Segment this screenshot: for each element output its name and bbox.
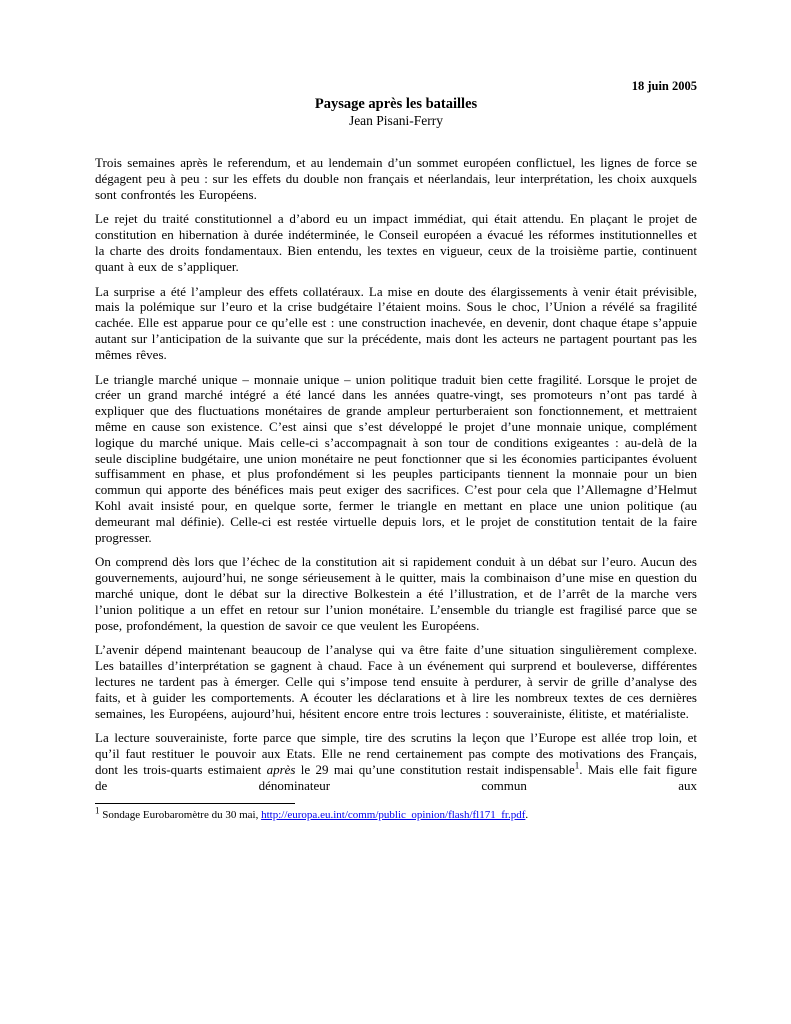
document-title: Paysage après les batailles (95, 96, 697, 113)
footnote-separator-rule (95, 803, 295, 804)
paragraph-lecture-souverainiste: La lecture souverainiste, forte parce qu… (95, 730, 697, 793)
footnote-text-segment: . (525, 809, 528, 821)
paragraph-intro: Trois semaines après le referendum, et a… (95, 155, 697, 202)
document-body: Trois semaines après le referendum, et a… (95, 155, 697, 793)
document-page: 18 juin 2005 Paysage après les batailles… (0, 0, 791, 1024)
paragraph-echec-constitution: On comprend dès lors que l’échec de la c… (95, 554, 697, 633)
paragraph-rejet-traite: Le rejet du traité constitutionnel a d’a… (95, 211, 697, 274)
paragraph-avenir-lectures: L’avenir dépend maintenant beaucoup de l… (95, 642, 697, 721)
paragraph-text-segment: le 29 mai qu’une constitution restait in… (295, 762, 574, 777)
footnote-text-segment: Sondage Eurobaromètre du 30 mai, (100, 809, 262, 821)
document-date: 18 juin 2005 (95, 79, 697, 93)
paragraph-surprise-effets: La surprise a été l’ampleur des effets c… (95, 284, 697, 363)
footnote-hyperlink[interactable]: http://europa.eu.int/comm/public_opinion… (261, 809, 525, 821)
footnote: 1 Sondage Eurobaromètre du 30 mai, http:… (95, 809, 697, 822)
paragraph-triangle: Le triangle marché unique – monnaie uniq… (95, 372, 697, 546)
document-author: Jean Pisani-Ferry (95, 113, 697, 129)
footnote-area: 1 Sondage Eurobaromètre du 30 mai, http:… (95, 803, 697, 822)
italic-word-apres: après (267, 762, 296, 777)
